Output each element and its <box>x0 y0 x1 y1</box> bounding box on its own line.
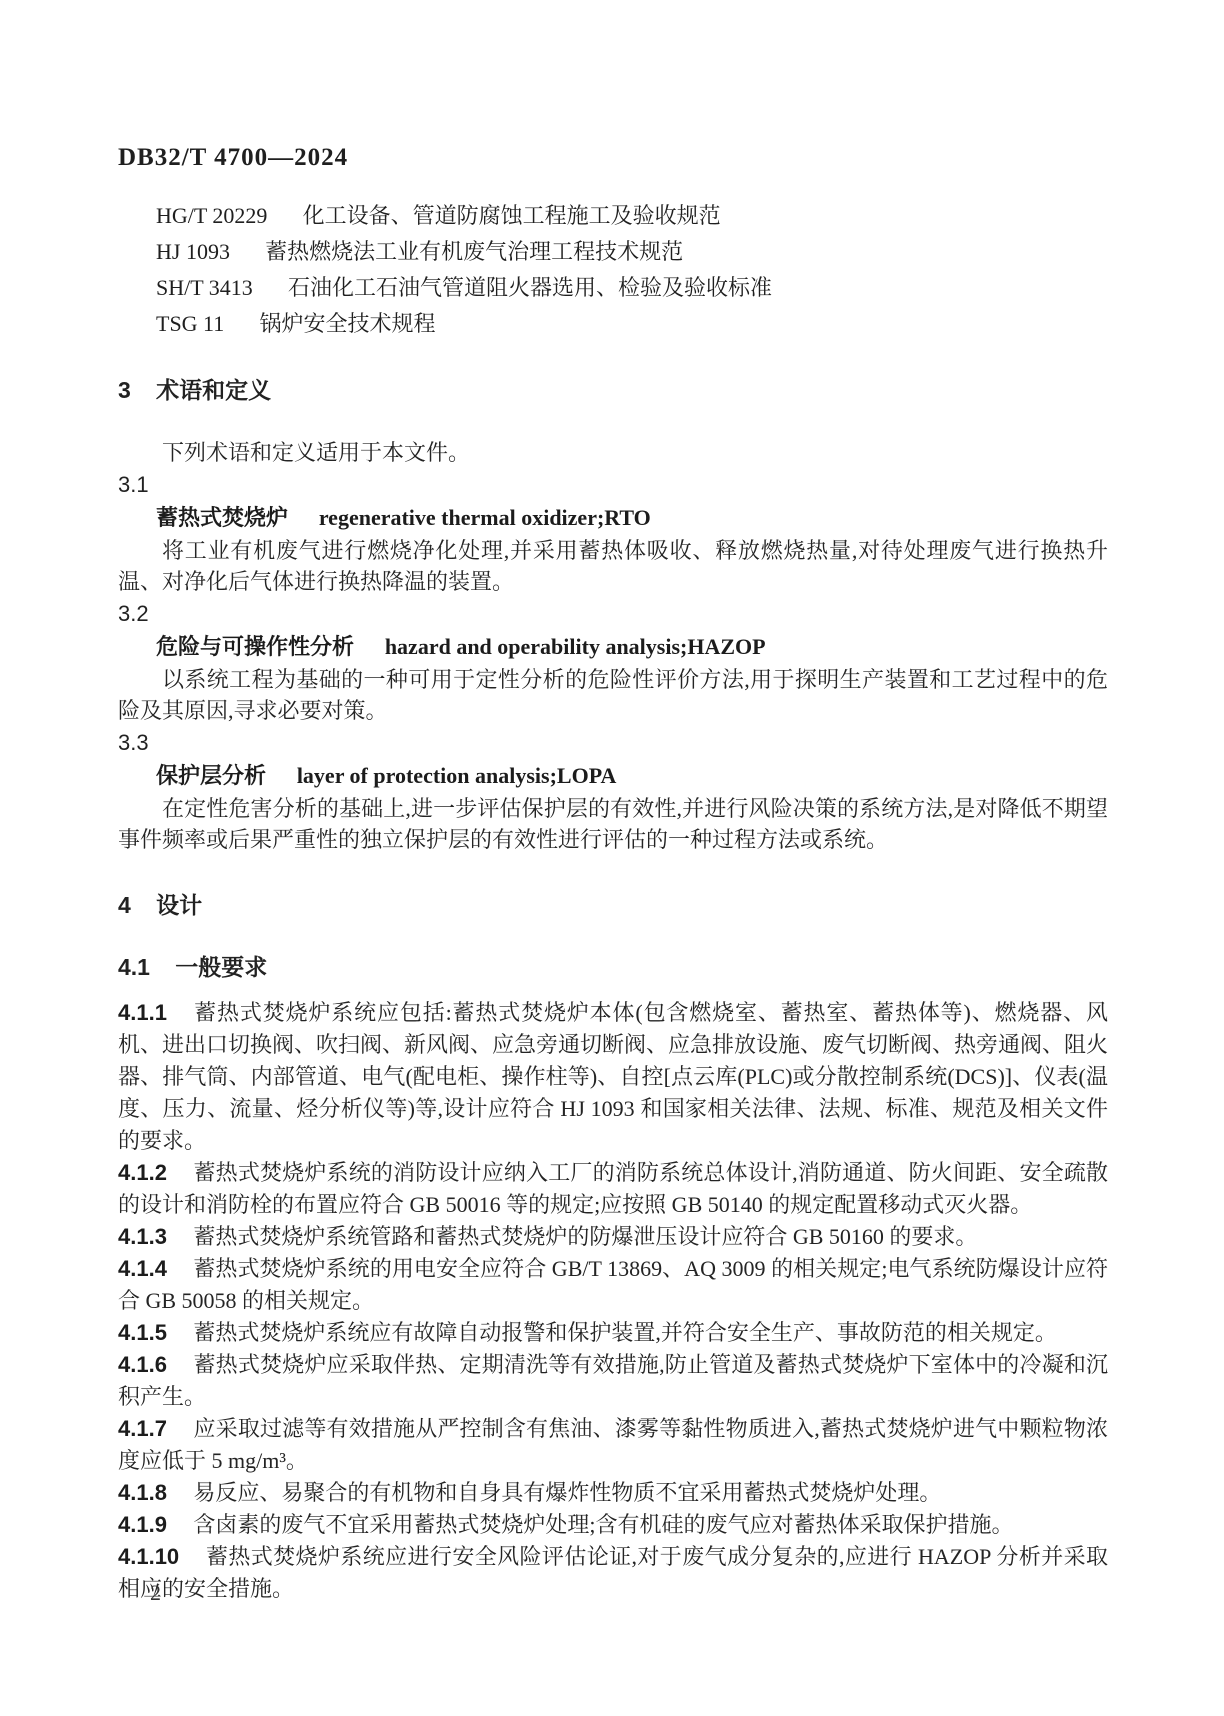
term-chinese: 危险与可操作性分析 <box>156 634 354 659</box>
term-english: regenerative thermal oxidizer;RTO <box>319 505 651 530</box>
terms-intro-paragraph: 下列术语和定义适用于本文件。 <box>118 437 1108 469</box>
term-block-3-1: 3.1 蓄热式焚烧炉regenerative thermal oxidizer;… <box>118 469 1108 598</box>
subsection-4-1-heading: 4.1一般要求 <box>118 949 1108 982</box>
term-english: layer of protection analysis;LOPA <box>297 763 617 788</box>
clause-4-1-2: 4.1.2蓄热式焚烧炉系统的消防设计应纳入工厂的消防系统总体设计,消防通道、防火… <box>118 1157 1108 1221</box>
reference-code: HG/T 20229 <box>156 203 267 228</box>
clause-text: 蓄热式焚烧炉应采取伴热、定期清洗等有效措施,防止管道及蓄热式焚烧炉下室体中的冷凝… <box>118 1352 1108 1409</box>
clause-4-1-7: 4.1.7应采取过滤等有效措施从严控制含有焦油、漆雾等黏性物质进入,蓄热式焚烧炉… <box>118 1413 1108 1477</box>
clause-4-1-10: 4.1.10蓄热式焚烧炉系统应进行安全风险评估论证,对于废气成分复杂的,应进行 … <box>118 1541 1108 1605</box>
clause-number: 4.1.1 <box>118 1000 167 1025</box>
clause-text: 蓄热式焚烧炉系统应有故障自动报警和保护装置,并符合安全生产、事故防范的相关规定。 <box>193 1320 1057 1345</box>
clause-number: 4.1.10 <box>118 1544 179 1569</box>
clause-number: 4.1.9 <box>118 1512 167 1537</box>
clause-number: 4.1.2 <box>118 1160 167 1185</box>
clause-text: 含卤素的废气不宜采用蓄热式焚烧炉处理;含有机硅的废气应对蓄热体采取保护措施。 <box>193 1512 1013 1537</box>
term-title-line: 蓄热式焚烧炉regenerative thermal oxidizer;RTO <box>118 501 1108 535</box>
term-definition: 以系统工程为基础的一种可用于定性分析的危险性评价方法,用于探明生产装置和工艺过程… <box>118 664 1108 727</box>
clause-text: 蓄热式焚烧炉系统应进行安全风险评估论证,对于废气成分复杂的,应进行 HAZOP … <box>118 1544 1108 1601</box>
term-block-3-2: 3.2 危险与可操作性分析hazard and operability anal… <box>118 598 1108 727</box>
reference-title: 蓄热燃烧法工业有机废气治理工程技术规范 <box>265 239 683 264</box>
reference-code: TSG 11 <box>156 311 224 336</box>
term-title-line: 危险与可操作性分析hazard and operability analysis… <box>118 630 1108 664</box>
clause-4-1-9: 4.1.9含卤素的废气不宜采用蓄热式焚烧炉处理;含有机硅的废气应对蓄热体采取保护… <box>118 1509 1108 1541</box>
reference-title: 化工设备、管道防腐蚀工程施工及验收规范 <box>303 203 721 228</box>
clause-text: 蓄热式焚烧炉系统的用电安全应符合 GB/T 13869、AQ 3009 的相关规… <box>118 1256 1108 1313</box>
clause-4-1-8: 4.1.8易反应、易聚合的有机物和自身具有爆炸性物质不宜采用蓄热式焚烧炉处理。 <box>118 1477 1108 1509</box>
clause-4-1-6: 4.1.6蓄热式焚烧炉应采取伴热、定期清洗等有效措施,防止管道及蓄热式焚烧炉下室… <box>118 1349 1108 1413</box>
reference-item: HG/T 20229化工设备、管道防腐蚀工程施工及验收规范 <box>118 198 1108 234</box>
reference-code: HJ 1093 <box>156 239 230 264</box>
term-block-3-3: 3.3 保护层分析layer of protection analysis;LO… <box>118 727 1108 856</box>
clause-4-1-4: 4.1.4蓄热式焚烧炉系统的用电安全应符合 GB/T 13869、AQ 3009… <box>118 1253 1108 1317</box>
term-chinese: 保护层分析 <box>156 763 266 788</box>
reference-item: HJ 1093蓄热燃烧法工业有机废气治理工程技术规范 <box>118 234 1108 270</box>
section-title: 术语和定义 <box>156 377 271 403</box>
subsection-number: 4.1 <box>118 954 150 980</box>
term-number: 3.3 <box>118 727 1108 759</box>
reference-code: SH/T 3413 <box>156 275 253 300</box>
normative-references-list: HG/T 20229化工设备、管道防腐蚀工程施工及验收规范 HJ 1093蓄热燃… <box>118 198 1108 342</box>
clause-text: 蓄热式焚烧炉系统管路和蓄热式焚烧炉的防爆泄压设计应符合 GB 50160 的要求… <box>193 1224 977 1249</box>
term-title-line: 保护层分析layer of protection analysis;LOPA <box>118 759 1108 793</box>
clause-number: 4.1.5 <box>118 1320 167 1345</box>
term-number: 3.1 <box>118 469 1108 501</box>
clause-text: 应采取过滤等有效措施从严控制含有焦油、漆雾等黏性物质进入,蓄热式焚烧炉进气中颗粒… <box>118 1416 1108 1473</box>
reference-title: 石油化工石油气管道阻火器选用、检验及验收标准 <box>288 275 772 300</box>
clause-4-1-1: 4.1.1蓄热式焚烧炉系统应包括:蓄热式焚烧炉本体(包含燃烧室、蓄热室、蓄热体等… <box>118 997 1108 1157</box>
clause-number: 4.1.8 <box>118 1480 167 1505</box>
clause-text: 蓄热式焚烧炉系统应包括:蓄热式焚烧炉本体(包含燃烧室、蓄热室、蓄热体等)、燃烧器… <box>118 1000 1108 1153</box>
subsection-title: 一般要求 <box>175 954 267 980</box>
running-head-doc-code: DB32/T 4700—2024 <box>118 144 1108 172</box>
page-number: 2 <box>150 1580 161 1606</box>
clause-text: 易反应、易聚合的有机物和自身具有爆炸性物质不宜采用蓄热式焚烧炉处理。 <box>193 1480 941 1505</box>
term-english: hazard and operability analysis;HAZOP <box>385 634 766 659</box>
clause-list: 4.1.1蓄热式焚烧炉系统应包括:蓄热式焚烧炉本体(包含燃烧室、蓄热室、蓄热体等… <box>118 997 1108 1605</box>
section-title: 设计 <box>156 892 202 918</box>
clause-number: 4.1.4 <box>118 1256 167 1281</box>
section-number: 3 <box>118 377 131 403</box>
clause-text: 蓄热式焚烧炉系统的消防设计应纳入工厂的消防系统总体设计,消防通道、防火间距、安全… <box>118 1160 1108 1217</box>
term-definition: 将工业有机废气进行燃烧净化处理,并采用蓄热体吸收、释放燃烧热量,对待处理废气进行… <box>118 535 1108 598</box>
clause-number: 4.1.7 <box>118 1416 167 1441</box>
clause-number: 4.1.6 <box>118 1352 167 1377</box>
clause-4-1-5: 4.1.5蓄热式焚烧炉系统应有故障自动报警和保护装置,并符合安全生产、事故防范的… <box>118 1317 1108 1349</box>
section-number: 4 <box>118 892 131 918</box>
page-content: DB32/T 4700—2024 HG/T 20229化工设备、管道防腐蚀工程施… <box>118 0 1108 1605</box>
section-4-heading: 4设计 <box>118 887 1108 920</box>
term-number: 3.2 <box>118 598 1108 630</box>
term-definition: 在定性危害分析的基础上,进一步评估保护层的有效性,并进行风险决策的系统方法,是对… <box>118 793 1108 856</box>
reference-item: SH/T 3413石油化工石油气管道阻火器选用、检验及验收标准 <box>118 270 1108 306</box>
term-chinese: 蓄热式焚烧炉 <box>156 505 288 530</box>
section-3-heading: 3术语和定义 <box>118 372 1108 405</box>
document-page: DB32/T 4700—2024 HG/T 20229化工设备、管道防腐蚀工程施… <box>0 0 1224 1716</box>
reference-title: 锅炉安全技术规程 <box>259 311 435 336</box>
clause-number: 4.1.3 <box>118 1224 167 1249</box>
clause-4-1-3: 4.1.3蓄热式焚烧炉系统管路和蓄热式焚烧炉的防爆泄压设计应符合 GB 5016… <box>118 1221 1108 1253</box>
reference-item: TSG 11锅炉安全技术规程 <box>118 306 1108 342</box>
